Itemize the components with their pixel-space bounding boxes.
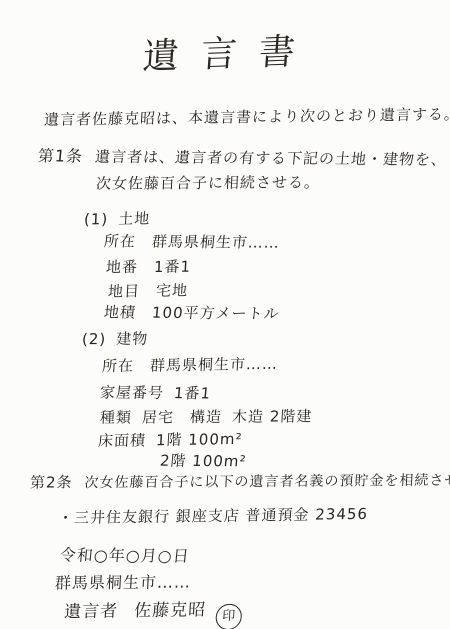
will-document-page: 遺言書 遺言者佐藤克昭は、本遺言書により次のとおり遺言する。 第1条遺言者は、遺… xyxy=(0,0,450,629)
land-location-label: 所在 xyxy=(103,230,137,251)
land-area-row: 地積100平方メートル xyxy=(103,301,281,324)
land-area-label: 地積 xyxy=(103,301,137,322)
seal-stamp-icon: 印 xyxy=(215,604,242,629)
building-item-heading: (2)建物 xyxy=(82,328,149,349)
date-line: 令和○年○月○日 xyxy=(59,542,191,566)
signature-label: 遺言者 xyxy=(64,596,119,622)
building-type-value: 居宅 xyxy=(142,406,175,427)
building-floor-area-label: 床面積 xyxy=(97,429,146,451)
building-structure-label: 構造 xyxy=(190,406,223,427)
article1-line1: 第1条遺言者は、遺言者の有する下記の土地・建物を、 xyxy=(37,143,448,170)
land-category-row: 地目宅地 xyxy=(107,279,188,301)
address-line: 群馬県桐生市…… xyxy=(54,570,191,594)
land-category-value: 宅地 xyxy=(155,281,188,299)
article1-line2: 次女佐藤百合子に相続させる。 xyxy=(96,171,321,194)
signature-line: 遺言者佐藤克昭印 xyxy=(63,595,243,629)
building-floor-area-row: 床面積1階 100m² xyxy=(97,428,243,451)
land-item-heading: (1)土地 xyxy=(83,208,150,230)
land-lot-number-value: 1番1 xyxy=(154,258,192,276)
land-lot-number-row: 地番1番1 xyxy=(106,256,192,278)
preamble-line: 遺言者佐藤克昭は、本遺言書により次のとおり遺言する。 xyxy=(43,103,450,130)
building-item-label: 建物 xyxy=(116,330,149,348)
article1-text: 遺言者は、遺言者の有する下記の土地・建物を、 xyxy=(94,148,448,169)
land-location-row: 所在群馬県桐生市…… xyxy=(103,230,281,253)
building-location-row: 所在群馬県桐生市…… xyxy=(101,353,278,376)
land-category-label: 地目 xyxy=(107,280,140,301)
bank-account-line: ・三井住友銀行 銀座支店 普通預金 23456 xyxy=(57,503,368,528)
land-lot-number-label: 地番 xyxy=(106,256,139,277)
building-type-label: 種類 xyxy=(100,407,133,428)
building-location-value: 群馬県桐生市…… xyxy=(149,355,278,375)
building-location-label: 所在 xyxy=(101,355,134,376)
signature-name: 佐藤克昭 xyxy=(134,600,207,621)
building-floor2-value: 2階 100m² xyxy=(159,450,248,472)
article2-text: 次女佐藤百合子に以下の遺言者名義の預貯金を相続させる。 xyxy=(84,472,450,491)
building-item-number: (2) xyxy=(82,330,107,348)
building-house-number-row: 家屋番号1番1 xyxy=(99,382,212,404)
article1-label: 第1条 xyxy=(37,143,84,166)
building-house-number-value: 1番1 xyxy=(173,384,212,402)
land-location-value: 群馬県桐生市…… xyxy=(151,233,281,252)
land-area-value: 100平方メートル xyxy=(151,304,280,323)
article2-line: 第2条次女佐藤百合子に以下の遺言者名義の預貯金を相続させる。 xyxy=(30,468,450,492)
building-structure-value: 木造 2階建 xyxy=(232,407,313,426)
building-type-structure-row: 種類居宅構造木造 2階建 xyxy=(100,405,313,427)
building-house-number-label: 家屋番号 xyxy=(99,382,165,404)
document-title: 遺言書 xyxy=(0,18,450,85)
article2-label: 第2条 xyxy=(30,471,73,492)
land-item-number: (1) xyxy=(83,210,108,228)
building-floor1-value: 1階 100m² xyxy=(155,430,243,449)
land-item-label: 土地 xyxy=(118,210,151,228)
